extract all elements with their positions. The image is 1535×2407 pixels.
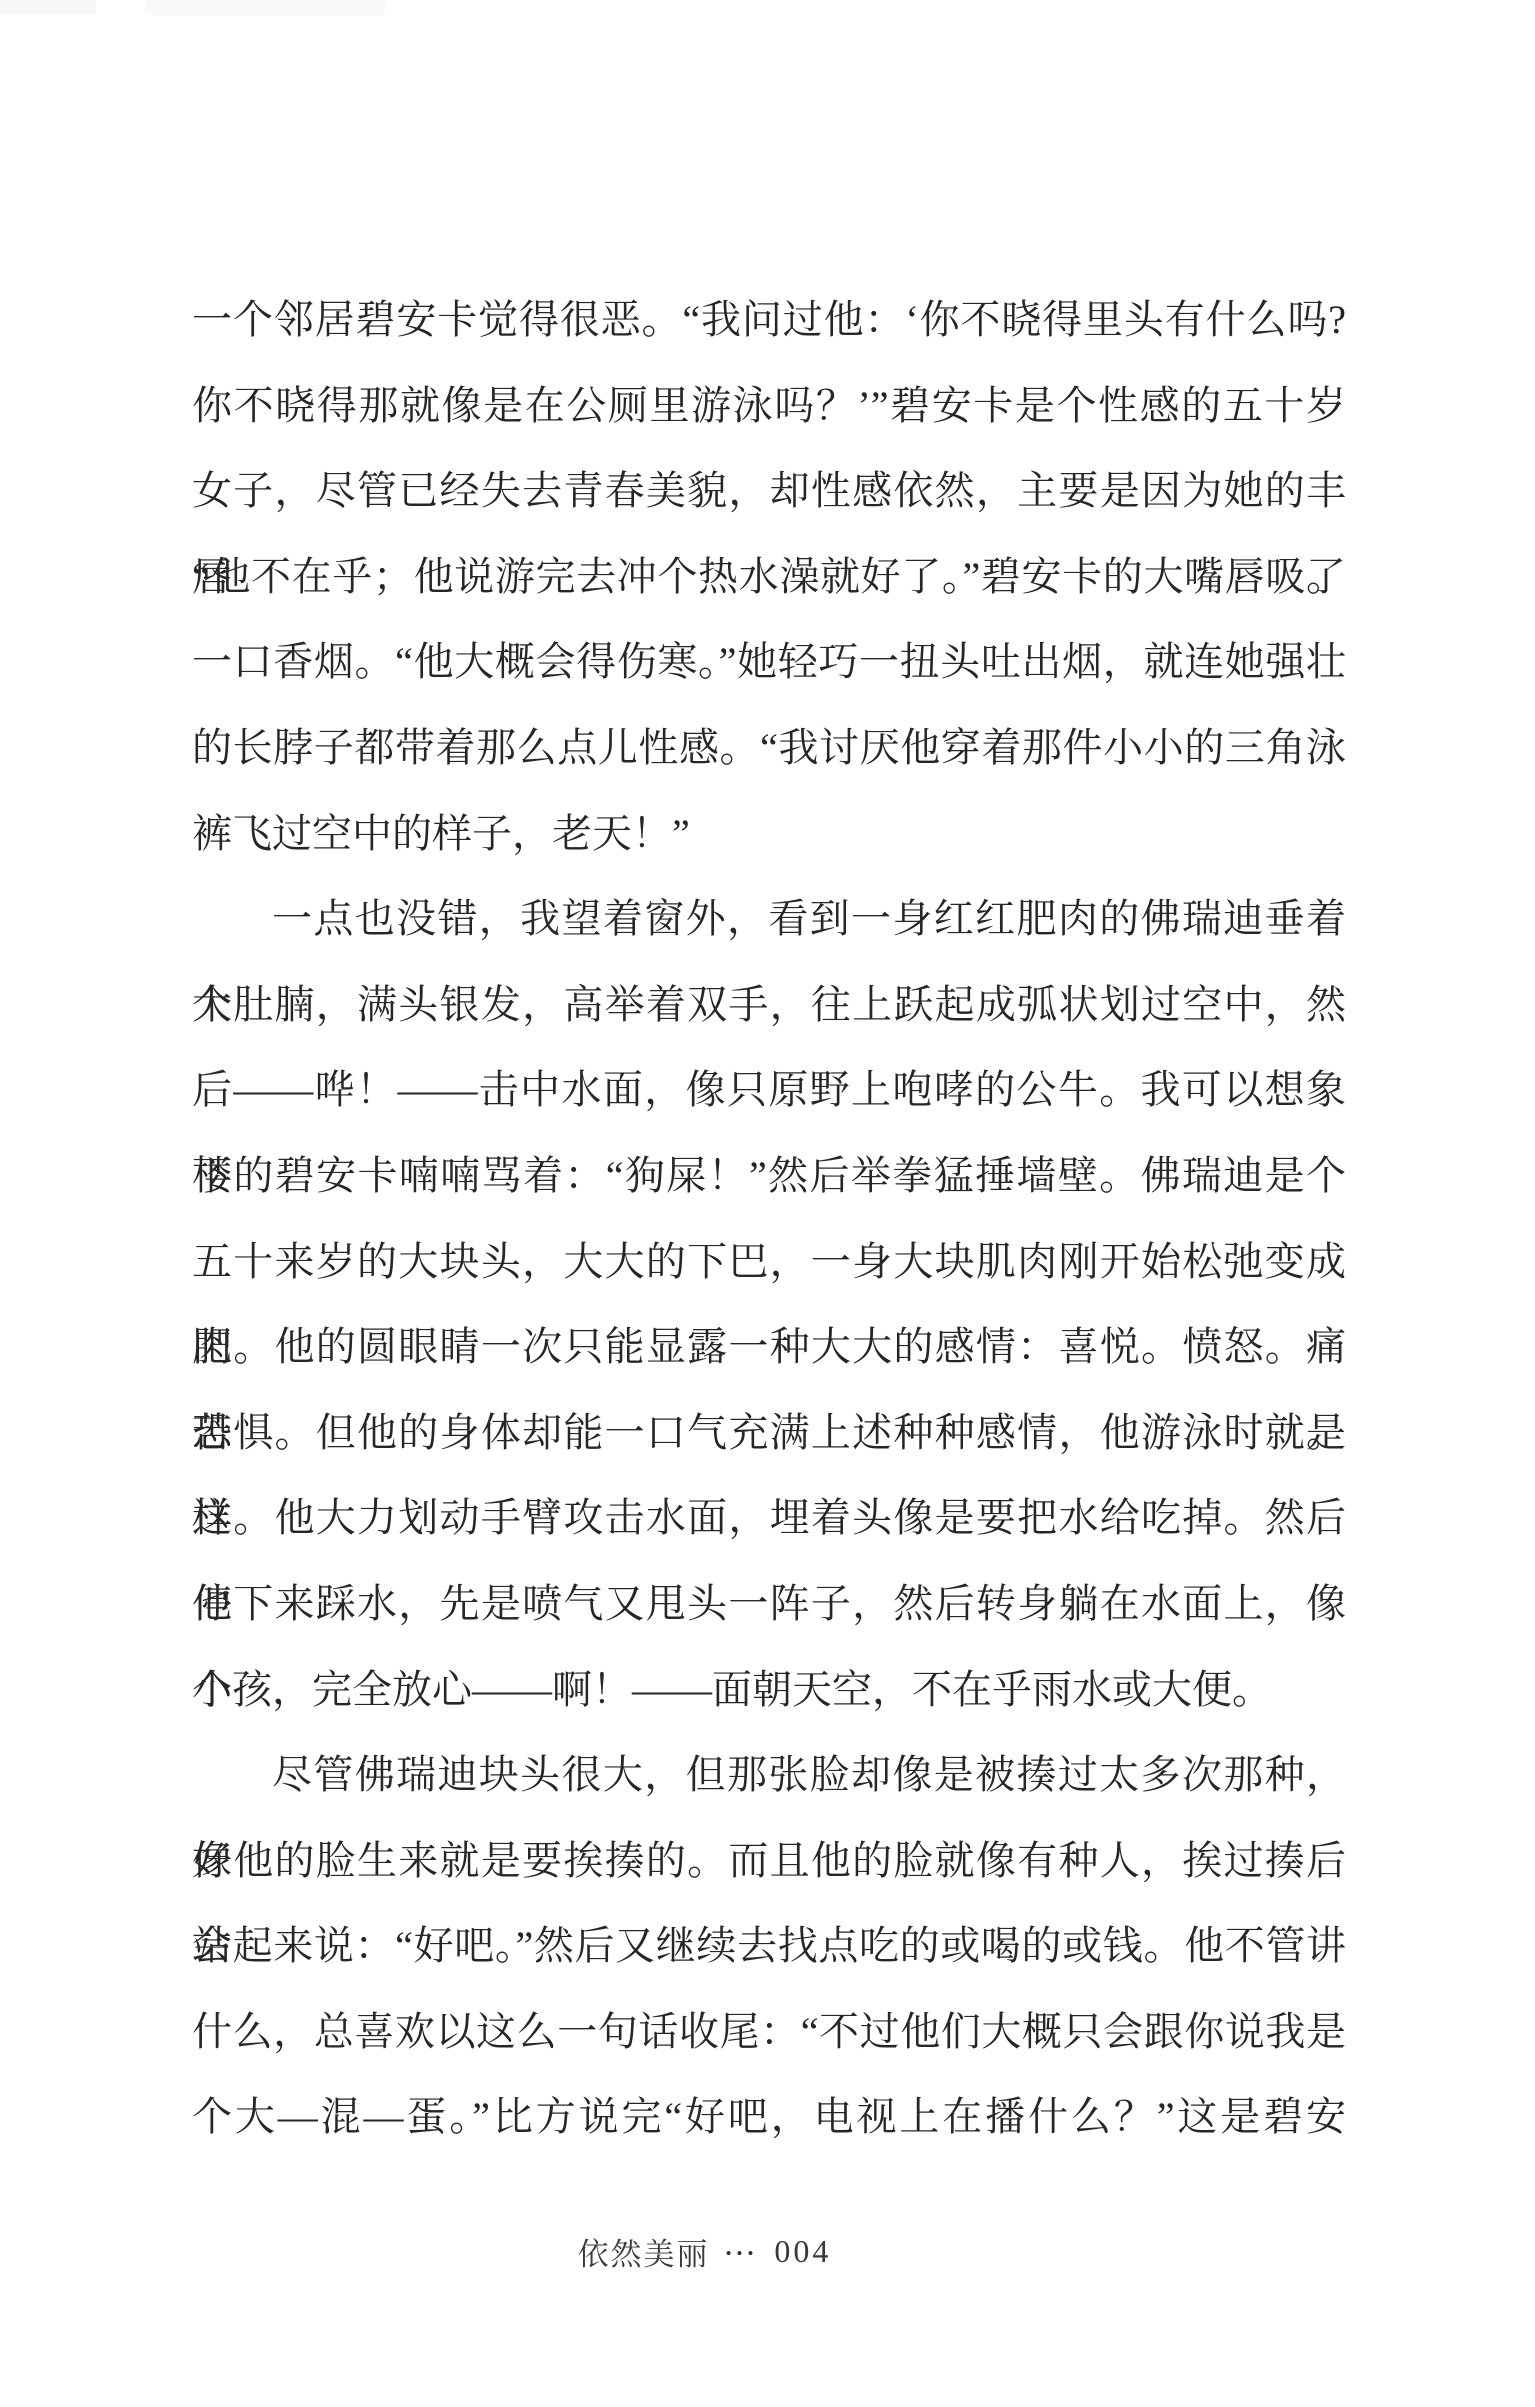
book-page: { "page": { "lines": [ {"text": "一个邻居碧安卡… — [0, 0, 1535, 2407]
text-line: 裤飞过空中的样子，老天！” — [192, 791, 1346, 877]
text-line: 停下来踩水，先是喷气又甩头一阵子，然后转身躺在水面上，像个 — [192, 1561, 1346, 1647]
body-text: 一个邻居碧安卡觉得很恶。“我问过他：‘你不晓得里头有什么吗?你不晓得那就像是在公… — [192, 277, 1346, 2160]
text-line: 像他的脸生来就是要挨揍的。而且他的脸就像有种人，挨过揍后会 — [192, 1818, 1346, 1904]
footer-page-number: 004 — [774, 2233, 831, 2270]
text-line: 大肚腩，满头银发，高举着双手，往上跃起成弧状划过空中，然 — [192, 962, 1346, 1048]
text-line: 女子，尽管已经失去青春美貌，却性感依然，主要是因为她的丰唇。 — [192, 448, 1346, 534]
scan-artifact — [145, 0, 385, 15]
text-line: 尽管佛瑞迪块头很大，但那张脸却像是被揍过太多次那种，好 — [192, 1732, 1346, 1818]
text-line: 的长脖子都带着那么点儿性感。“我讨厌他穿着那件小小的三角泳 — [192, 705, 1346, 791]
scan-artifact — [0, 0, 96, 14]
text-line: 一个邻居碧安卡觉得很恶。“我问过他：‘你不晓得里头有什么吗? — [192, 277, 1346, 363]
text-line: 什么，总喜欢以这么一句话收尾：“不过他们大概只会跟你说我是 — [192, 1989, 1346, 2075]
page-footer: 依然美丽 ••• 004 — [0, 2228, 1409, 2274]
text-line: 后——哗！——击中水面，像只原野上咆哮的公牛。我可以想象楼 — [192, 1047, 1346, 1133]
text-line: 小孩，完全放心——啊！——面朝天空，不在乎雨水或大便。 — [192, 1647, 1346, 1733]
text-line: 一口香烟。“他大概会得伤寒。”她轻巧一扭头吐出烟，就连她强壮 — [192, 619, 1346, 705]
text-line: 下的碧安卡喃喃骂着：“狗屎！”然后举拳猛捶墙壁。佛瑞迪是个 — [192, 1133, 1346, 1219]
text-line: 恐惧。但他的身体却能一口气充满上述种种感情，他游泳时就是这 — [192, 1390, 1346, 1476]
text-line: 个大—混—蛋。”比方说完“好吧，电视上在播什么？”这是碧安 — [192, 2074, 1346, 2160]
footer-book-title: 依然美丽 — [578, 2229, 710, 2274]
text-line: 五十来岁的大块头，大大的下巴，一身大块肌肉刚开始松弛变成肥 — [192, 1219, 1346, 1305]
text-line: 一点也没错，我望着窗外，看到一身红红肥肉的佛瑞迪垂着个 — [192, 876, 1346, 962]
text-line: 肉。他的圆眼睛一次只能显露一种大大的感情：喜悦。愤怒。痛苦。 — [192, 1304, 1346, 1390]
text-line: “他不在乎；他说游完去冲个热水澡就好了。”碧安卡的大嘴唇吸了 — [192, 534, 1346, 620]
footer-separator-dots: ••• — [726, 2238, 759, 2264]
text-line: 样。他大力划动手臂攻击水面，埋着头像是要把水给吃掉。然后他 — [192, 1475, 1346, 1561]
text-line: 你不晓得那就像是在公厕里游泳吗？’”碧安卡是个性感的五十岁 — [192, 363, 1346, 449]
text-line: 站起来说：“好吧。”然后又继续去找点吃的或喝的或钱。他不管讲 — [192, 1903, 1346, 1989]
